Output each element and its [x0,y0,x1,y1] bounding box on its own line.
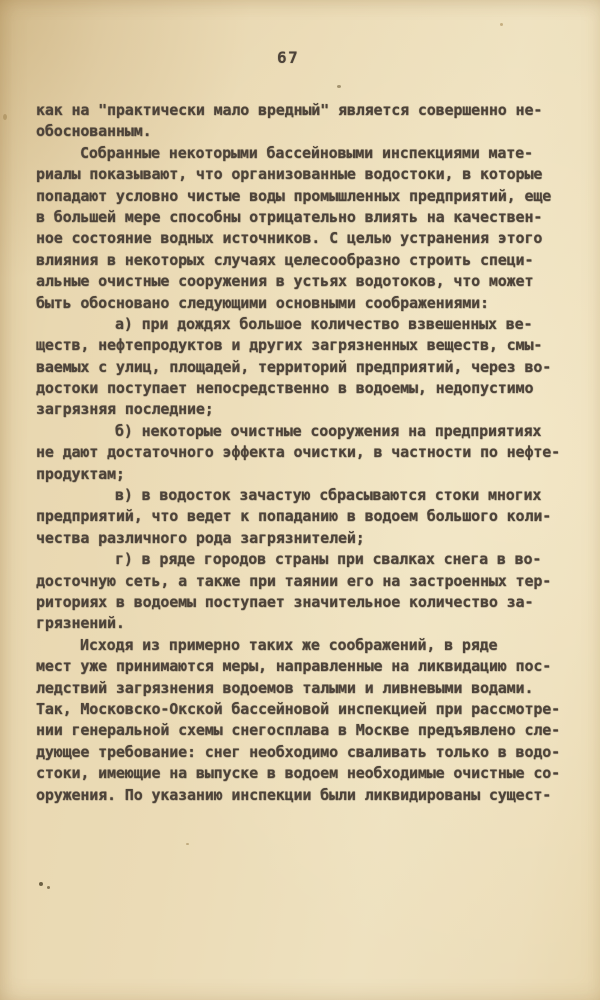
text-line: Так, Московско-Окской бассейновой инспек… [36,699,576,720]
text-line: риалы показывают, что организованные вод… [36,164,576,185]
text-line: как на "практически мало вредный" являет… [36,100,576,121]
text-line: влияния в некоторых случаях целесообразн… [36,250,576,271]
text-line: ваемых с улиц, площадей, территорий пред… [36,357,576,378]
text-line: альные очистные сооружения в устьях водо… [36,271,576,292]
text-line: а) при дождях большое количество взвешен… [36,314,576,335]
text-line: грязнений. [36,613,576,634]
paper-speck [186,843,189,845]
text-line: оружения. По указанию инспекции были лик… [36,785,576,806]
text-line: чества различного рода загрязнителей; [36,528,576,549]
text-line: риториях в водоемы поступает значительно… [36,592,576,613]
text-line: стоки, имеющие на выпуске в водоем необх… [36,763,576,784]
text-block: как на "практически мало вредный" являет… [36,100,576,806]
document-page: 67 как на "практически мало вредный" явл… [0,0,600,1000]
paper-speck [337,85,341,88]
text-line: г) в ряде городов страны при свалках сне… [36,549,576,570]
paper-speck [47,886,50,889]
text-line: продуктам; [36,464,576,485]
page-number: 67 [277,48,299,67]
text-line: досточную сеть, а также при таянии его н… [36,571,576,592]
paper-speck [3,114,7,120]
text-line: б) некоторые очистные сооружения на пред… [36,421,576,442]
text-line: нии генеральной схемы снегосплава в Моск… [36,720,576,741]
text-line: предприятий, что ведет к попаданию в вод… [36,506,576,527]
text-line: попадают условно чистые воды промышленны… [36,186,576,207]
paper-speck [500,23,503,26]
text-line: ное состояние водных источников. С целью… [36,228,576,249]
text-line: достоки поступает непосредственно в водо… [36,378,576,399]
text-line: не дают достаточного эффекта очистки, в … [36,442,576,463]
text-line: в большей мере способны отрицательно вли… [36,207,576,228]
text-line: ледствий загрязнения водоемов талыми и л… [36,678,576,699]
text-line: ществ, нефтепродуктов и других загрязнен… [36,335,576,356]
text-line: Собранные некоторыми бассейновыми инспек… [36,143,576,164]
text-line: Исходя из примерно таких же соображений,… [36,635,576,656]
text-line: мест уже принимаются меры, направленные … [36,656,576,677]
paper-speck [39,882,43,886]
text-line: загрязняя последние; [36,399,576,420]
text-line: в) в водосток зачастую сбрасываются сток… [36,485,576,506]
text-line: обоснованным. [36,121,576,142]
text-line: быть обосновано следующими основными соо… [36,293,576,314]
text-line: дующее требование: снег необходимо свали… [36,742,576,763]
